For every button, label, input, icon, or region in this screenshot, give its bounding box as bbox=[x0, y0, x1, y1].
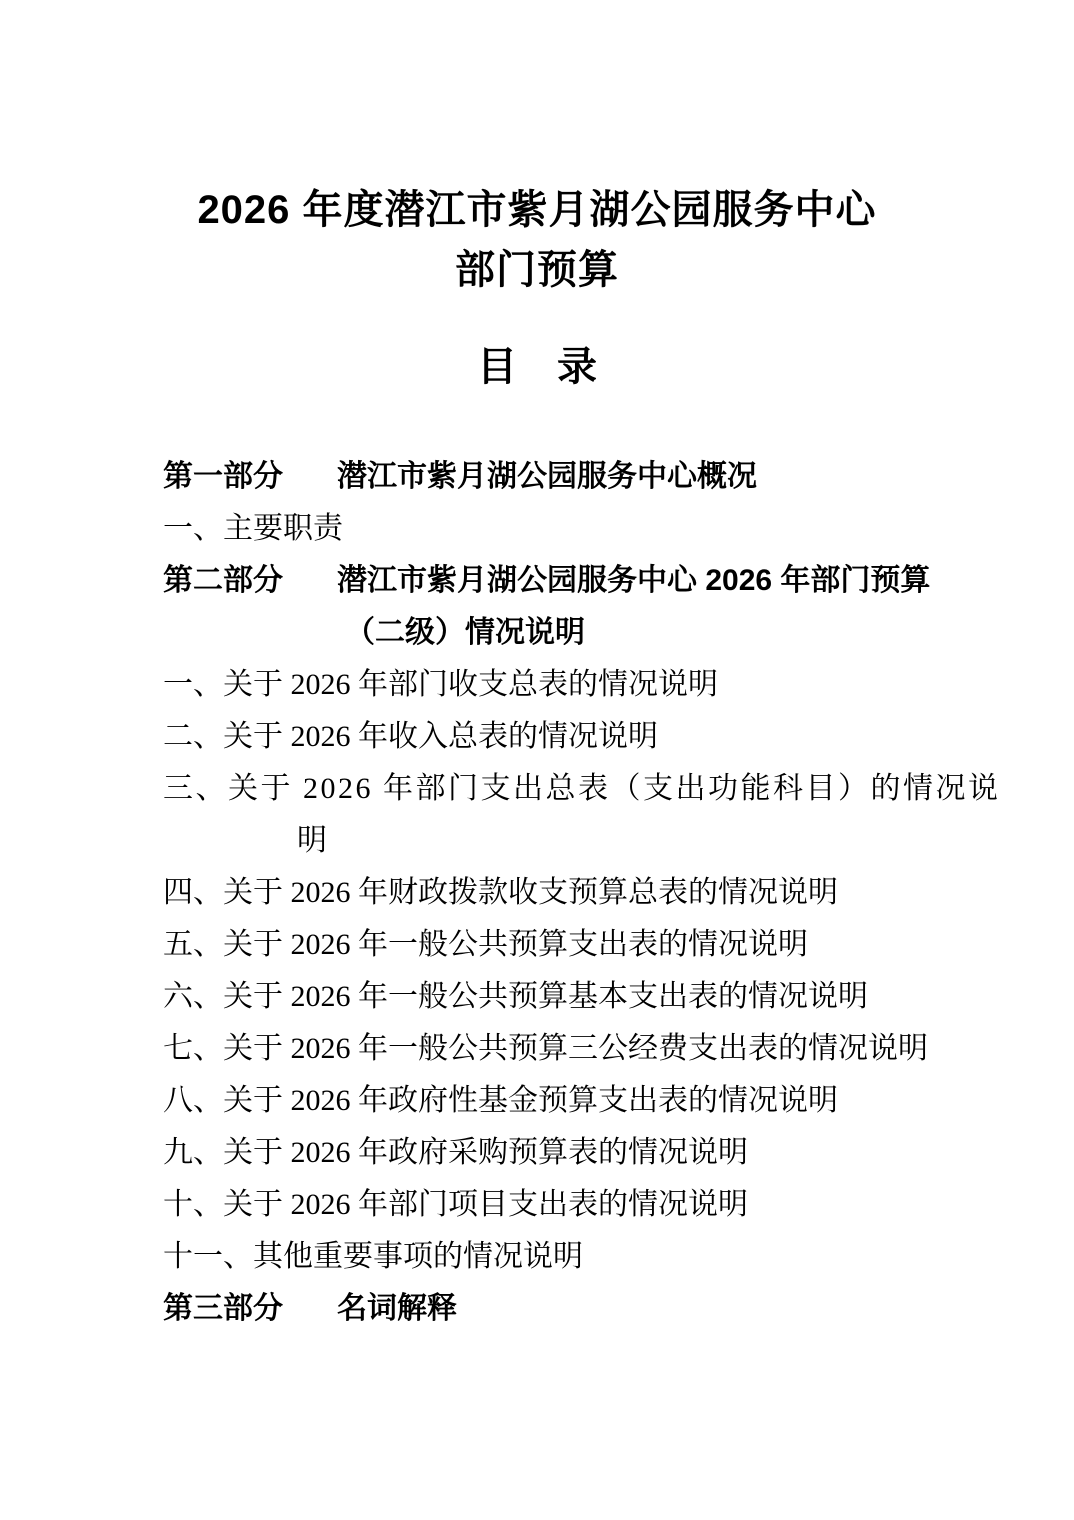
toc-entry: 七、关于 2026 年一般公共预算三公经费支出表的情况说明 bbox=[163, 1023, 933, 1075]
document-title: 2026 年度潜江市紫月湖公园服务中心 部门预算 bbox=[0, 180, 1074, 300]
toc-part1-label: 第一部分 bbox=[163, 451, 337, 503]
toc-part1-text: 潜江市紫月湖公园服务中心概况 bbox=[337, 460, 757, 493]
toc-entry: 五、关于 2026 年一般公共预算支出表的情况说明 bbox=[163, 919, 933, 971]
toc-entry: 四、关于 2026 年财政拨款收支预算总表的情况说明 bbox=[163, 867, 933, 919]
toc-entry: 六、关于 2026 年一般公共预算基本支出表的情况说明 bbox=[163, 971, 933, 1023]
toc-entry-continuation: 明 bbox=[163, 815, 933, 867]
toc-part3-text: 名词解释 bbox=[337, 1292, 457, 1325]
toc-entry-part2: 第二部分潜江市紫月湖公园服务中心 2026 年部门预算 bbox=[163, 555, 933, 607]
toc-part2-text: 潜江市紫月湖公园服务中心 2026 年部门预算 bbox=[337, 564, 930, 597]
toc-entry: 九、关于 2026 年政府采购预算表的情况说明 bbox=[163, 1127, 933, 1179]
toc-entry: 一、关于 2026 年部门收支总表的情况说明 bbox=[163, 659, 933, 711]
toc-entry: 三、关于 2026 年部门支出总表（支出功能科目）的情况说 bbox=[163, 763, 933, 815]
document-title-line1: 2026 年度潜江市紫月湖公园服务中心 bbox=[0, 180, 1074, 240]
toc-entry: 二、关于 2026 年收入总表的情况说明 bbox=[163, 711, 933, 763]
toc-part2-label: 第二部分 bbox=[163, 555, 337, 607]
toc-entry-part3: 第三部分名词解释 bbox=[163, 1283, 933, 1335]
toc-part3-label: 第三部分 bbox=[163, 1283, 337, 1335]
toc-heading: 目 录 bbox=[0, 337, 1074, 397]
toc-list: 第一部分潜江市紫月湖公园服务中心概况 一、主要职责 第二部分潜江市紫月湖公园服务… bbox=[163, 451, 933, 1335]
toc-entry-part2-continuation: （二级）情况说明 bbox=[163, 607, 933, 659]
document-page: 2026 年度潜江市紫月湖公园服务中心 部门预算 目 录 第一部分潜江市紫月湖公… bbox=[0, 0, 1074, 1520]
toc-entry: 八、关于 2026 年政府性基金预算支出表的情况说明 bbox=[163, 1075, 933, 1127]
toc-entry: 十一、其他重要事项的情况说明 bbox=[163, 1231, 933, 1283]
toc-entry-part1: 第一部分潜江市紫月湖公园服务中心概况 bbox=[163, 451, 933, 503]
toc-entry: 十、关于 2026 年部门项目支出表的情况说明 bbox=[163, 1179, 933, 1231]
document-title-line2: 部门预算 bbox=[0, 240, 1074, 300]
toc-entry: 一、主要职责 bbox=[163, 503, 933, 555]
